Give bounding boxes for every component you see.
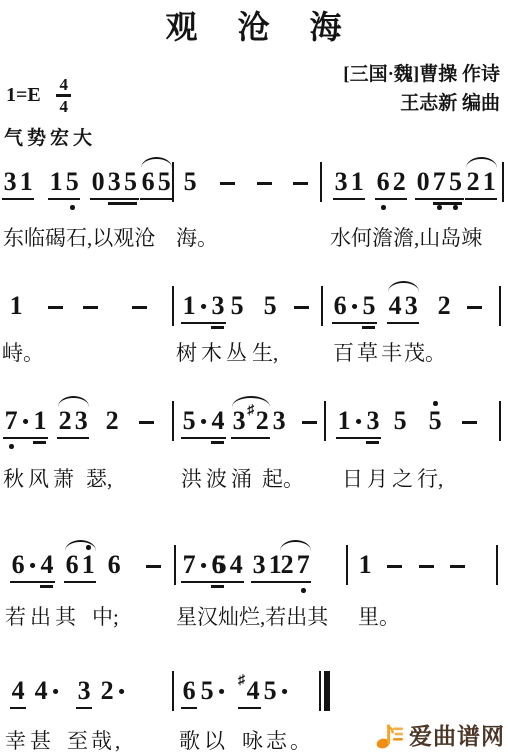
note-digit: 2 — [281, 552, 294, 578]
note-group: 1·3 — [181, 293, 226, 324]
note-digit: 1 — [10, 293, 23, 319]
barline — [172, 162, 174, 202]
second-underline — [108, 202, 137, 205]
music-line: 6·46167·65431271 — [0, 552, 508, 598]
augmentation-dot: · — [349, 293, 360, 319]
lyric-segment: 海。 — [176, 222, 218, 252]
note-digit: 5 — [66, 169, 79, 195]
note-group: 6·4 — [10, 552, 55, 583]
note-digit: 6 — [108, 552, 121, 578]
note-digit: 4 — [230, 552, 243, 578]
note-digit: 0 — [92, 169, 105, 195]
dash-note — [302, 421, 317, 424]
note-digit: 1 — [33, 408, 46, 434]
note-group: 4· — [33, 678, 62, 707]
note-group: 5· — [199, 678, 228, 707]
lyric-segment: 至哉, — [67, 725, 123, 753]
dash-note — [293, 182, 308, 185]
note-group: 075 — [415, 169, 464, 200]
augmentation-dot: · — [27, 552, 38, 578]
note-group: 035 — [90, 169, 139, 200]
note-digit: 3 — [335, 169, 348, 195]
note-group: 61 — [64, 552, 96, 583]
dash-note — [139, 421, 154, 424]
note-digit: 3 — [211, 293, 224, 319]
note-group: 65 — [140, 169, 172, 200]
note-digit: 1 — [183, 293, 196, 319]
low-octave-dot — [70, 205, 75, 210]
augmentation-dot: · — [20, 408, 31, 434]
note-digit: 3 — [78, 678, 91, 704]
second-underline — [33, 441, 46, 444]
note-group: 27 — [279, 552, 311, 583]
low-octave-dot — [301, 588, 306, 593]
low-octave-dot — [437, 205, 442, 210]
note-group: 7·1 — [3, 408, 48, 439]
note-group: 2 — [436, 293, 452, 322]
lyric-segment: 洪波涌 — [181, 463, 256, 493]
barline — [172, 671, 174, 711]
note-digit: 5 — [362, 293, 375, 319]
dash-note — [220, 182, 235, 185]
note-digit: 5 — [429, 408, 442, 434]
note-digit: 6 — [377, 169, 390, 195]
note-group: 31 — [2, 169, 34, 200]
barline — [321, 286, 323, 326]
slur-arc — [58, 396, 89, 407]
high-octave-dot — [433, 401, 438, 406]
second-underline — [211, 441, 224, 444]
barline — [320, 162, 322, 202]
lyric-segment: 里。 — [358, 601, 400, 631]
note-digit: 6 — [334, 293, 347, 319]
sharp-icon: ♯ — [238, 674, 245, 688]
lyric-segment: 起。 — [262, 463, 304, 493]
note-digit: 4 — [35, 678, 48, 704]
note-digit: 5 — [214, 552, 227, 578]
note-digit: 3 — [366, 408, 379, 434]
note-digit: 1 — [359, 552, 372, 578]
dash-note — [83, 306, 98, 309]
dash-note — [146, 565, 161, 568]
second-underline — [211, 585, 224, 588]
note-digit: 1 — [351, 169, 364, 195]
note-digit: 3 — [253, 552, 266, 578]
note-group: 6 — [181, 678, 197, 709]
note-group: 5· — [262, 678, 291, 707]
slur-arc — [466, 157, 497, 168]
lyric-segment: 若出其 — [5, 601, 80, 631]
note-digit: 4 — [211, 408, 224, 434]
note-group: 15 — [48, 169, 80, 200]
note-digit: 1 — [20, 169, 33, 195]
note-group: 5·4 — [181, 408, 226, 439]
note-group: 3♯2 — [231, 408, 270, 439]
note-group: 1 — [8, 293, 24, 322]
note-digit: 5 — [201, 678, 214, 704]
music-note-icon — [374, 720, 406, 750]
note-digit: 4 — [40, 552, 53, 578]
barline — [496, 545, 498, 585]
music-line: 7·12325·43♯231·355 — [0, 408, 508, 454]
dash-note — [462, 421, 477, 424]
augmentation-dot: · — [216, 678, 227, 704]
note-group: 21 — [465, 169, 497, 200]
note-group: ♯4 — [238, 678, 261, 709]
low-octave-dot — [381, 205, 386, 210]
note-group: 6·5 — [332, 293, 377, 324]
note-digit: 0 — [417, 169, 430, 195]
final-barline-thick — [324, 671, 330, 711]
note-group: 62 — [375, 169, 407, 200]
slur-arc — [65, 540, 96, 551]
note-digit: 5 — [449, 169, 462, 195]
barline — [346, 545, 348, 585]
note-digit: 2 — [101, 678, 114, 704]
note-group: 1 — [357, 552, 373, 581]
note-group: 3 — [76, 678, 92, 709]
lyric-segment: 东临碣石,以观沧 — [3, 222, 155, 252]
lyrics-line: 若出其中;星汉灿烂,若出其里。 — [0, 601, 508, 627]
note-digit: 7 — [5, 408, 18, 434]
lyric-segment: 瑟, — [86, 463, 112, 493]
site-name: 爱曲谱网 — [409, 718, 505, 751]
note-digit: 5 — [394, 408, 407, 434]
second-underline — [40, 585, 53, 588]
dash-note — [387, 565, 402, 568]
lyrics-line: 峙。树木丛生,百草丰茂。 — [0, 337, 508, 363]
dash-note — [450, 565, 465, 568]
low-octave-dot — [9, 444, 14, 449]
dash-note — [467, 306, 482, 309]
note-digit: 1 — [82, 552, 95, 578]
lyrics-line: 秋风萧瑟,洪波涌起。日月之行, — [0, 463, 508, 489]
slur-arc — [280, 540, 311, 551]
note-digit: 2 — [106, 408, 119, 434]
note-digit: 2 — [438, 293, 451, 319]
lyric-segment: 歌以 — [179, 725, 229, 753]
slur-arc — [388, 281, 419, 292]
note-group: 23 — [57, 408, 89, 439]
dash-note — [48, 306, 63, 309]
note-digit: 7 — [433, 169, 446, 195]
note-digit: 4 — [247, 678, 260, 704]
barline — [172, 401, 174, 441]
augmentation-dot: · — [353, 408, 364, 434]
note-digit: 2 — [467, 169, 480, 195]
augmentation-dot: · — [198, 293, 209, 319]
augmentation-dot: · — [116, 678, 127, 704]
augmentation-dot: · — [50, 678, 61, 704]
second-underline — [211, 326, 224, 329]
note-digit: 3 — [4, 169, 17, 195]
sheet-music-page: 观 沧 海 [三国·魏]曹操 作诗 王志新 编曲 1=E 4 4 气势宏大 31… — [0, 0, 508, 753]
note-group: 2 — [104, 408, 120, 437]
barline — [172, 286, 174, 326]
note-digit: 7 — [297, 552, 310, 578]
note-group: 31 — [333, 169, 365, 200]
barline — [499, 286, 501, 326]
augmentation-dot: · — [198, 408, 209, 434]
note-digit: 7 — [183, 552, 196, 578]
second-underline — [366, 441, 379, 444]
note-digit: 1 — [338, 408, 351, 434]
dash-note — [419, 565, 434, 568]
lyric-segment: 幸甚 — [5, 725, 55, 753]
lyric-segment: 峙。 — [2, 337, 44, 367]
site-watermark: 爱曲谱网 — [374, 718, 505, 751]
music-line: 3115035655316207521 — [0, 169, 508, 215]
note-digit: 2 — [59, 408, 72, 434]
final-barline-thin — [319, 671, 321, 711]
slur-arc — [232, 396, 270, 407]
lyric-segment: 秋风萧 — [3, 463, 78, 493]
note-digit: 4 — [12, 678, 25, 704]
lyric-segment: 生, — [252, 337, 278, 367]
dash-note — [257, 182, 272, 185]
note-digit: 3 — [273, 408, 286, 434]
note-digit: 1 — [50, 169, 63, 195]
lyric-segment: 日月之 — [342, 463, 417, 493]
lyric-segment: 百草丰 — [333, 337, 405, 367]
note-digit: 6 — [183, 678, 196, 704]
note-group: 6 — [106, 552, 122, 581]
lyrics-line: 东临碣石,以观沧海。水何澹澹,山岛竦 — [0, 222, 508, 248]
note-digit: 2 — [256, 408, 269, 434]
note-digit: 3 — [75, 408, 88, 434]
note-group: 5 — [182, 169, 198, 198]
lyric-segment: 咏志。 — [242, 725, 314, 753]
note-digit: 3 — [405, 293, 418, 319]
augmentation-dot: · — [198, 552, 209, 578]
note-digit: 5 — [158, 169, 171, 195]
low-octave-dot — [453, 205, 458, 210]
lyric-segment: 水何澹澹,山岛竦 — [330, 222, 482, 252]
lyric-segment: 行, — [417, 463, 443, 493]
second-underline — [362, 326, 375, 329]
note-group: 4 — [10, 678, 26, 709]
barline — [502, 162, 504, 202]
note-group: 5 — [392, 408, 408, 437]
note-group: 1·3 — [336, 408, 381, 439]
lyric-segment: 中; — [92, 601, 119, 631]
note-group: 43 — [387, 293, 419, 324]
barline — [324, 401, 326, 441]
augmentation-dot: · — [279, 678, 290, 704]
dash-note — [294, 306, 309, 309]
slur-arc — [141, 157, 172, 168]
note-digit: 5 — [264, 293, 277, 319]
note-digit: 5 — [183, 408, 196, 434]
note-group: 54 — [212, 552, 244, 583]
note-digit: 5 — [264, 678, 277, 704]
note-digit: 5 — [184, 169, 197, 195]
note-digit: 5 — [231, 293, 244, 319]
lyric-segment: 星汉灿烂,若出其 — [176, 601, 328, 631]
note-group: 5 — [229, 293, 245, 322]
final-barline — [319, 671, 330, 711]
lyric-segment: 茂。 — [404, 337, 446, 367]
note-digit: 6 — [12, 552, 25, 578]
barline — [174, 545, 176, 585]
note-digit: 3 — [108, 169, 121, 195]
note-digit: 1 — [483, 169, 496, 195]
dash-note — [132, 306, 147, 309]
score: 3115035655316207521东临碣石,以观沧海。水何澹澹,山岛竦11·… — [0, 0, 508, 753]
note-digit: 3 — [233, 408, 246, 434]
note-group: 5 — [262, 293, 278, 322]
note-digit: 5 — [124, 169, 137, 195]
barline — [499, 401, 501, 441]
note-group: 2· — [99, 678, 128, 707]
note-group: 5 — [427, 408, 443, 437]
note-digit: 4 — [389, 293, 402, 319]
lyric-segment: 树木丛 — [176, 337, 251, 367]
note-digit: 2 — [393, 169, 406, 195]
note-digit: 6 — [66, 552, 79, 578]
music-line: 11·3556·5432 — [0, 293, 508, 339]
note-digit: 6 — [142, 169, 155, 195]
note-group: 3 — [271, 408, 287, 437]
